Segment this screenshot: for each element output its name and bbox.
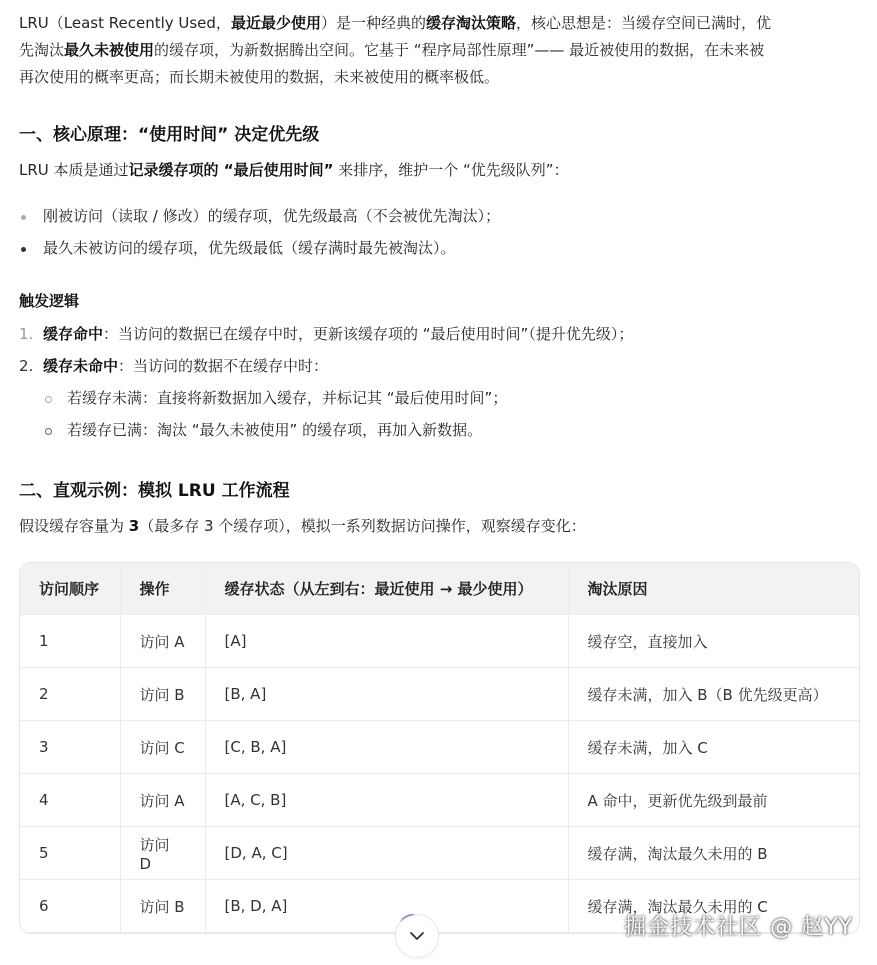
section2-description: 假设缓存容量为 3（最多存 3 个缓存项），模拟一系列数据访问操作，观察缓存变化… xyxy=(19,513,586,540)
scroll-down-button[interactable] xyxy=(395,914,439,958)
trigger-logic-list: 1.缓存命中：当访问的数据已在缓存中时，更新该缓存项的 “最后使用时间”（提升优… xyxy=(19,321,839,444)
table-header-row: 访问顺序 操作 缓存状态（从左到右：最近使用 → 最少使用） 淘汰原因 xyxy=(20,563,859,615)
sub-list-item: 若缓存已满：淘汰 “最久未被使用” 的缓存项，再加入新数据。 xyxy=(19,417,839,444)
chevron-down-icon xyxy=(409,931,425,941)
intro-paragraph: LRU（Least Recently Used，最近最少使用）是一种经典的缓存淘… xyxy=(19,10,819,91)
table-row: 3访问 C[C, B, A]缓存未满，加入 C xyxy=(20,721,859,774)
list-item: 最久未被访问的缓存项，优先级最低（缓存满时最先被淘汰）。 xyxy=(19,235,839,262)
lru-simulation-table: 访问顺序 操作 缓存状态（从左到右：最近使用 → 最少使用） 淘汰原因 1访问 … xyxy=(19,562,860,934)
intro-line-2: 先淘汰最久未被使用的缓存项，为新数据腾出空间。它基于 “程序局部性原理”—— 最… xyxy=(19,37,819,64)
section1-description: LRU 本质是通过记录缓存项的 “最后使用时间” 来排序，维护一个 “优先级队列… xyxy=(19,157,569,184)
section1-heading: 一、核心原理：“使用时间” 决定优先级 xyxy=(19,120,319,145)
intro-line-1: LRU（Least Recently Used，最近最少使用）是一种经典的缓存淘… xyxy=(19,10,819,37)
list-item: 2.缓存未命中：当访问的数据不在缓存中时： xyxy=(19,353,839,380)
table-row: 5访问 D[D, A, C]缓存满，淘汰最久未用的 B xyxy=(20,827,859,880)
principle-bullet-list: 刚被访问（读取 / 修改）的缓存项，优先级最高（不会被优先淘汰）； 最久未被访问… xyxy=(19,203,839,262)
intro-line-3: 再次使用的概率更高；而长期未被使用的数据，未来被使用的概率极低。 xyxy=(19,64,819,91)
list-item: 刚被访问（读取 / 修改）的缓存项，优先级最高（不会被优先淘汰）； xyxy=(19,203,839,230)
table-row: 1访问 A[A]缓存空，直接加入 xyxy=(20,615,859,668)
section2-heading: 二、直观示例：模拟 LRU 工作流程 xyxy=(19,476,290,501)
bullet-icon xyxy=(21,247,26,252)
header-cache-state: 缓存状态（从左到右：最近使用 → 最少使用） xyxy=(205,563,568,615)
table-row: 2访问 B[B, A]缓存未满，加入 B（B 优先级更高） xyxy=(20,668,859,721)
header-eviction-reason: 淘汰原因 xyxy=(568,563,859,615)
watermark: 掘金技术社区 @ 赵YY xyxy=(624,910,853,941)
header-access-order: 访问顺序 xyxy=(20,563,120,615)
header-operation: 操作 xyxy=(120,563,205,615)
sub-list-item: 若缓存未满：直接将新数据加入缓存，并标记其 “最后使用时间”； xyxy=(19,385,839,412)
bullet-icon xyxy=(21,215,26,220)
circle-bullet-icon xyxy=(45,396,52,403)
list-item: 1.缓存命中：当访问的数据已在缓存中时，更新该缓存项的 “最后使用时间”（提升优… xyxy=(19,321,839,348)
table-row: 4访问 A[A, C, B]A 命中，更新优先级到最前 xyxy=(20,774,859,827)
trigger-logic-heading: 触发逻辑 xyxy=(19,290,79,311)
circle-bullet-icon xyxy=(45,428,52,435)
